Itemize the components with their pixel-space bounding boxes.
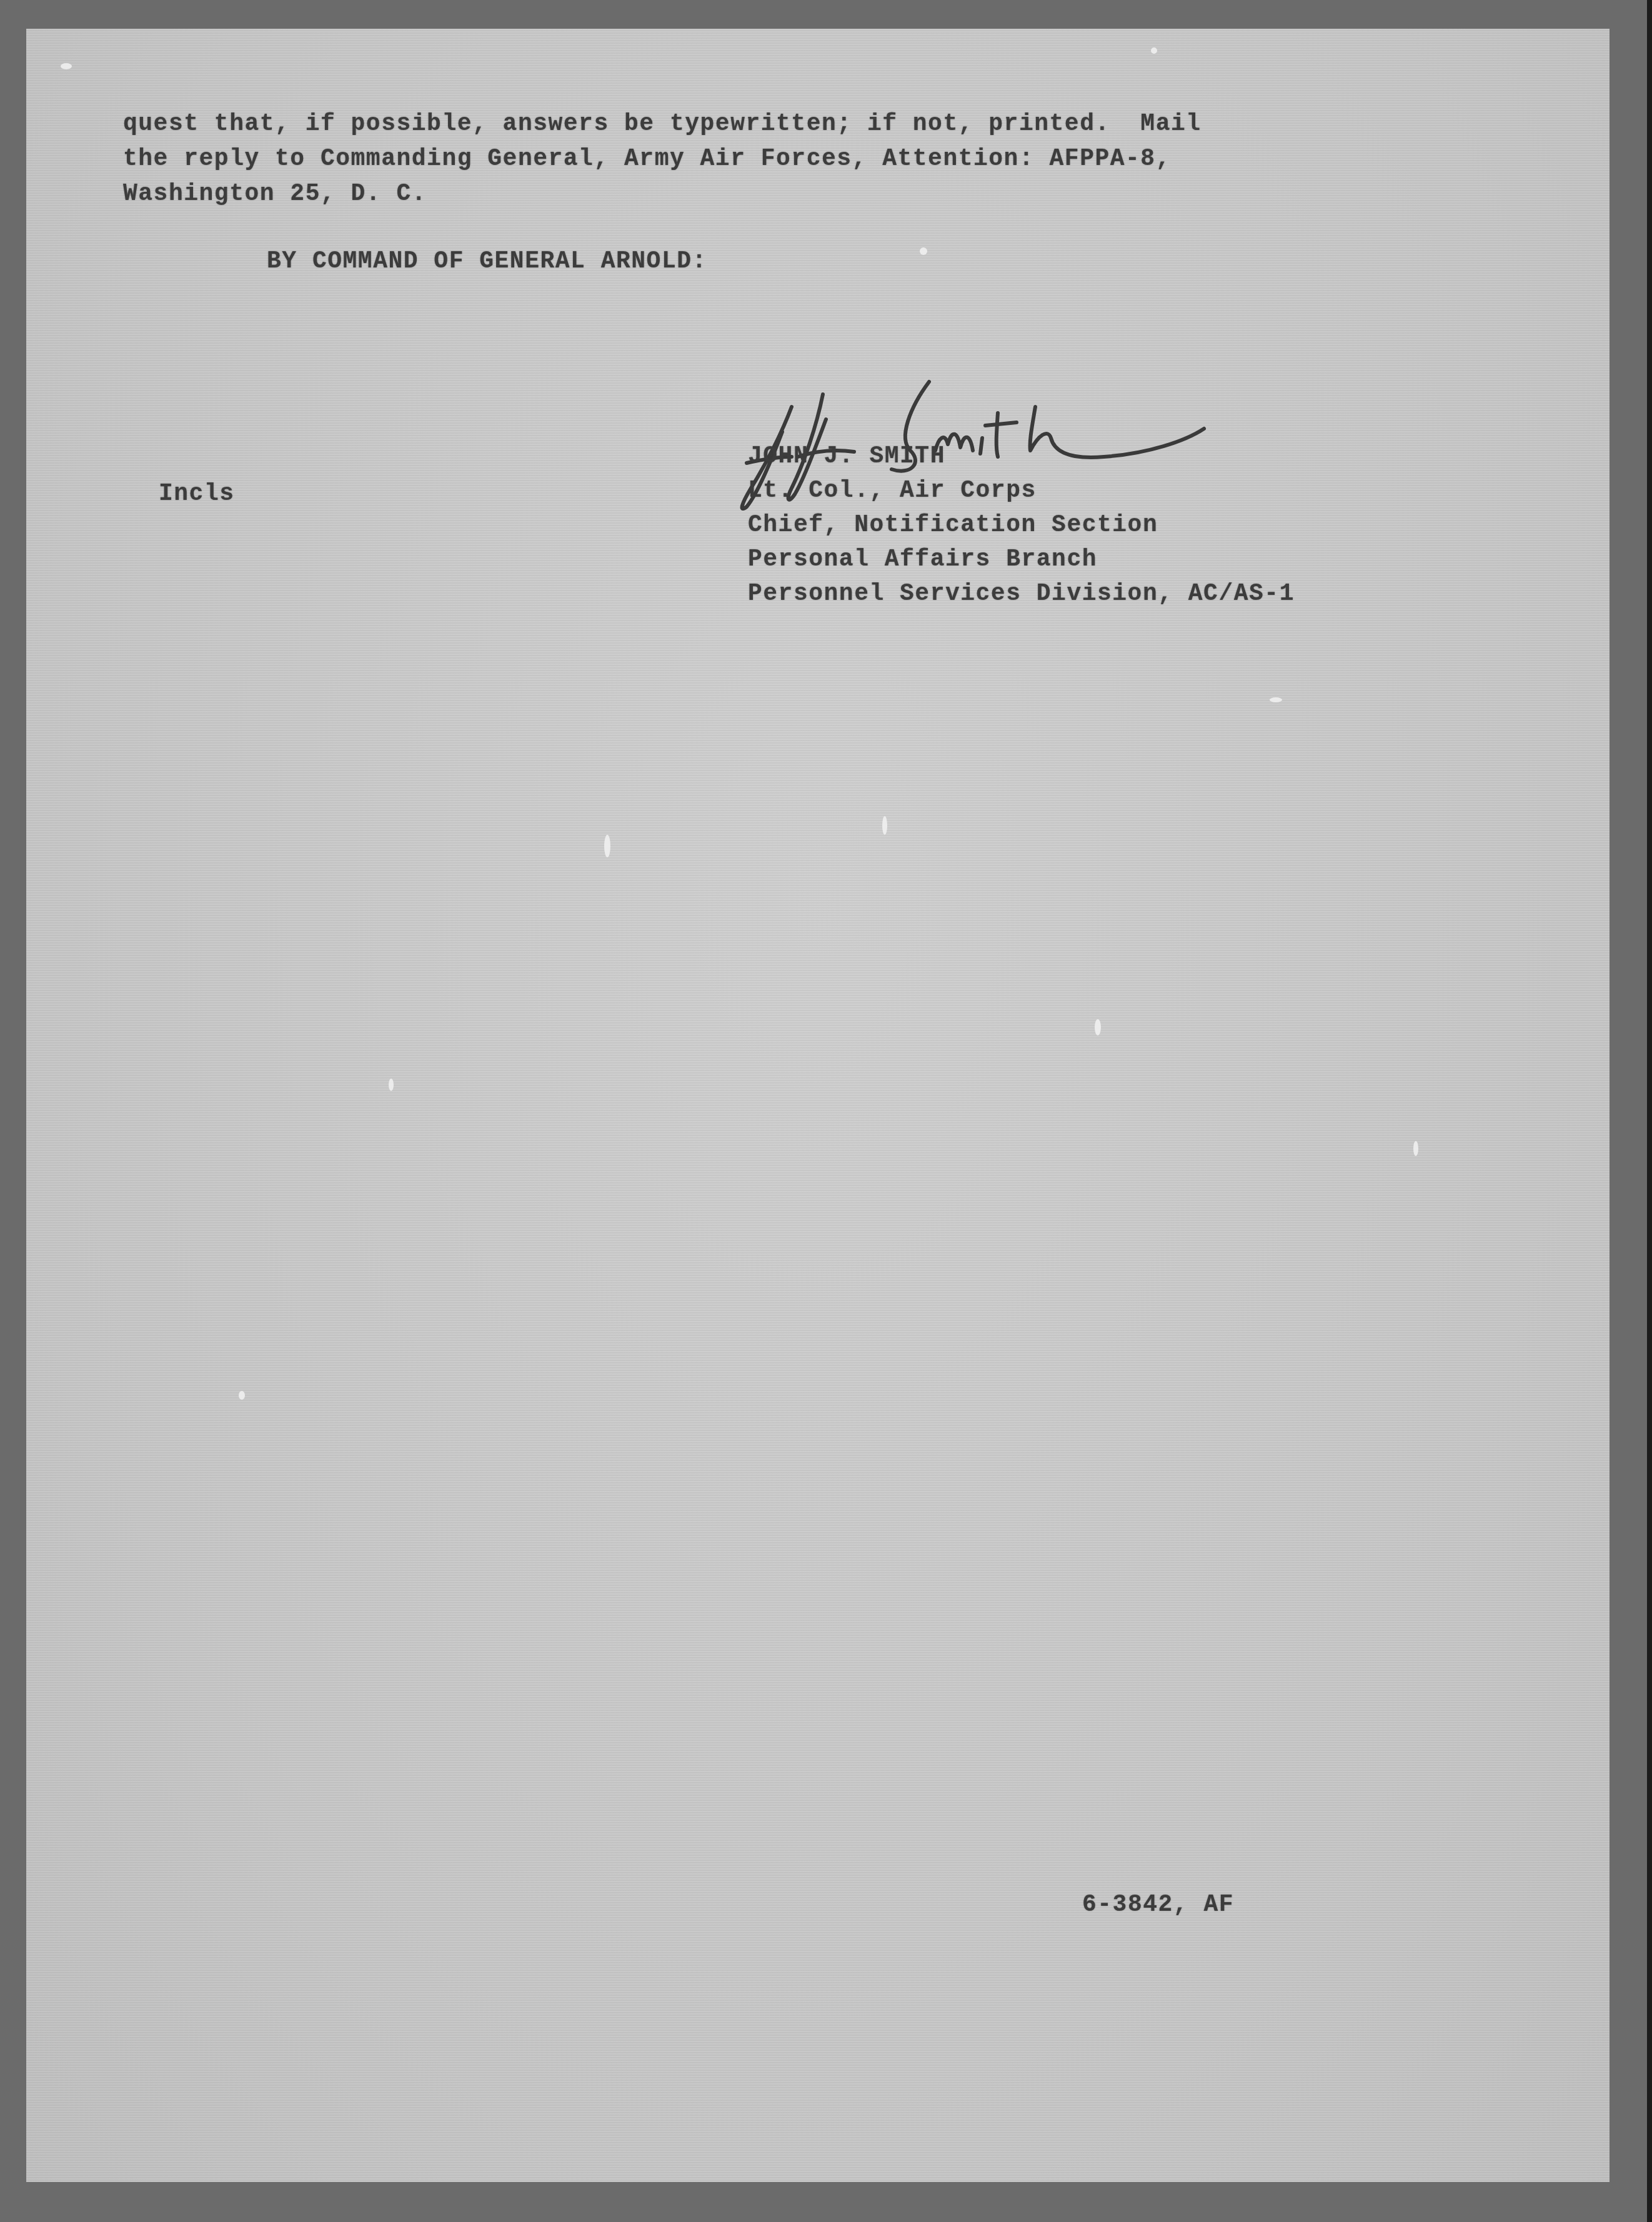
enclosures-label: Incls [159,477,235,512]
closing-line: BY COMMAND OF GENERAL ARNOLD: [267,244,707,279]
scan-speck [389,1079,394,1091]
body-line: the reply to Commanding General, Army Ai… [123,142,1202,177]
signature-block: JOHN J. SMITHLt. Col., Air CorpsChief, N… [748,439,1295,611]
body-line: Washington 25, D. C. [123,177,1202,212]
scan-speck [61,63,72,69]
form-number: 6-3842, AF [1082,1888,1234,1923]
scan-speck [604,835,610,857]
scan-edge [1647,0,1652,2222]
scan-speck [1095,1019,1101,1035]
scan-speck [882,816,887,835]
document-page: quest that, if possible, answers be type… [26,29,1610,2182]
signer-rank: Lt. Col., Air Corps [748,474,1295,508]
signer-division: Personnel Services Division, AC/AS-1 [748,577,1295,611]
scan-speck [920,247,927,255]
scan-speck [1413,1141,1418,1156]
signer-name: JOHN J. SMITH [748,439,1295,474]
scan-speck [1151,47,1157,54]
signer-branch: Personal Affairs Branch [748,542,1295,577]
body-paragraph: quest that, if possible, answers be type… [123,107,1202,212]
scan-speck [1270,697,1282,702]
signer-title: Chief, Notification Section [748,508,1295,542]
body-line: quest that, if possible, answers be type… [123,107,1202,142]
scan-speck [239,1391,245,1400]
